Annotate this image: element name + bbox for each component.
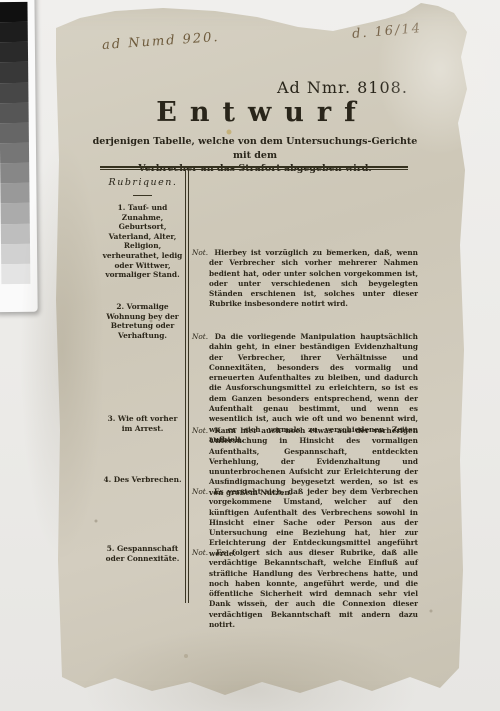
note-5-text: Es folgert sich aus dieser Rubrike, daß … bbox=[209, 548, 418, 629]
note-5: Not. Es folgert sich aus dieser Rubrike,… bbox=[192, 548, 418, 630]
note-1-label: Not. bbox=[192, 248, 210, 257]
handwritten-annotation-left: ad Numd 920. bbox=[102, 30, 220, 53]
rubric-3-prior-arrests: 3. Wie oft vorher im Arrest. bbox=[102, 414, 183, 433]
note-5-label: Not. bbox=[192, 548, 210, 557]
photo-background: ad Numd 920. d. 16/14 Ad Nmr. 8108. Entw… bbox=[0, 0, 500, 711]
note-1: Not. Hierbey ist vorzüglich zu bemerken,… bbox=[192, 248, 418, 310]
table-column-divider bbox=[185, 170, 189, 603]
document-title: Entwurf bbox=[100, 97, 412, 128]
table-header-rubriquen: Rubriquen. bbox=[101, 177, 185, 188]
rubric-5-associations: 5. Gespannschaft oder Connexitäte. bbox=[102, 544, 183, 563]
handwritten-annotation-right: d. 16/14 bbox=[351, 21, 422, 42]
calibration-card bbox=[0, 0, 38, 312]
rubric-2-former-residence: 2. Vormalige Wohnung bey der Betretung o… bbox=[102, 302, 183, 340]
note-2-label: Not. bbox=[192, 332, 210, 341]
rubric-1-name-origin: 1. Tauf- und Zunahme, Geburtsort, Vaterl… bbox=[102, 203, 183, 280]
document-number: Ad Nmr. 8108. bbox=[277, 78, 408, 97]
note-4-label: Not. bbox=[192, 487, 210, 496]
note-1-text: Hierbey ist vorzüglich zu bemerken, daß,… bbox=[209, 248, 418, 308]
document-paper: ad Numd 920. d. 16/14 Ad Nmr. 8108. Entw… bbox=[0, 0, 500, 711]
table-header-underline bbox=[133, 195, 152, 196]
note-3-label: Not. bbox=[192, 426, 210, 435]
table-top-rule bbox=[100, 166, 408, 170]
grayscale-calibration-strip bbox=[0, 2, 30, 284]
subtitle-line-1: derjenigen Tabelle, welche von dem Unter… bbox=[84, 135, 426, 162]
rubric-4-the-crime: 4. Des Verbrechen. bbox=[102, 475, 183, 485]
